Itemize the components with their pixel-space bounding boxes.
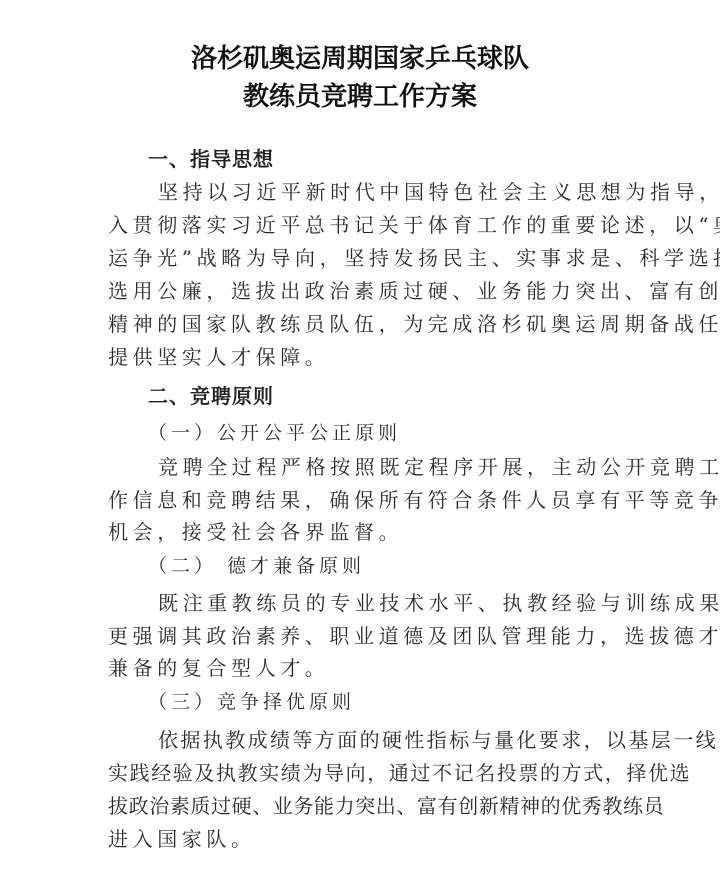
subsection-heading-merit: （三）竞争择优原则	[148, 687, 355, 717]
paragraph-line: 选用公廉，选拔出政治素质过硬、业务能力突出、富有创新	[108, 276, 618, 306]
paragraph-line: 既注重教练员的专业技术水平、执教经验与训练成果，	[158, 588, 668, 618]
section-heading-guiding-ideology: 一、指导思想	[148, 144, 274, 174]
paragraph-line: 依据执教成绩等方面的硬性指标与量化要求，以基层一线	[158, 725, 668, 755]
paragraph-line: 坚持以习近平新时代中国特色社会主义思想为指导，深	[158, 177, 668, 207]
paragraph-line: 实践经验及执教实绩为导向，通过不记名投票的方式，择优选	[108, 758, 618, 788]
paragraph-line: 更强调其政治素养、职业道德及团队管理能力，选拔德才	[108, 621, 618, 651]
paragraph-line: 进入国家队。	[108, 824, 618, 854]
paragraph-line: 精神的国家队教练员队伍，为完成洛杉矶奥运周期备战任务	[108, 309, 618, 339]
paragraph-line: 运争光”战略为导向，坚持发扬民主、实事求是、科学选拔、	[108, 243, 618, 273]
paragraph-line: 入贯彻落实习近平总书记关于体育工作的重要论述，以“奥	[108, 210, 618, 240]
paragraph-line: 拔政治素质过硬、业务能力突出、富有创新精神的优秀教练员	[108, 791, 618, 821]
document-title-line-1: 洛杉矶奥运周期国家乒乓球队	[0, 38, 720, 75]
subsection-heading-integrity: （二） 德才兼备原则	[148, 551, 365, 581]
paragraph-line: 机会，接受社会各界监督。	[108, 517, 618, 547]
subsection-heading-openness: （一）公开公平公正原则	[148, 418, 401, 448]
paragraph-line: 竞聘全过程严格按照既定程序开展，主动公开竞聘工	[158, 452, 668, 482]
section-heading-principles: 二、竞聘原则	[148, 381, 274, 411]
paragraph-line: 兼备的复合型人才。	[108, 653, 618, 683]
paragraph-line: 提供坚实人才保障。	[108, 342, 618, 372]
paragraph-line: 作信息和竞聘结果，确保所有符合条件人员享有平等竞争	[108, 485, 618, 515]
document-page: 洛杉矶奥运周期国家乒乓球队 教练员竞聘工作方案 一、指导思想 坚持以习近平新时代…	[0, 0, 720, 869]
document-title-line-2: 教练员竞聘工作方案	[0, 76, 720, 113]
